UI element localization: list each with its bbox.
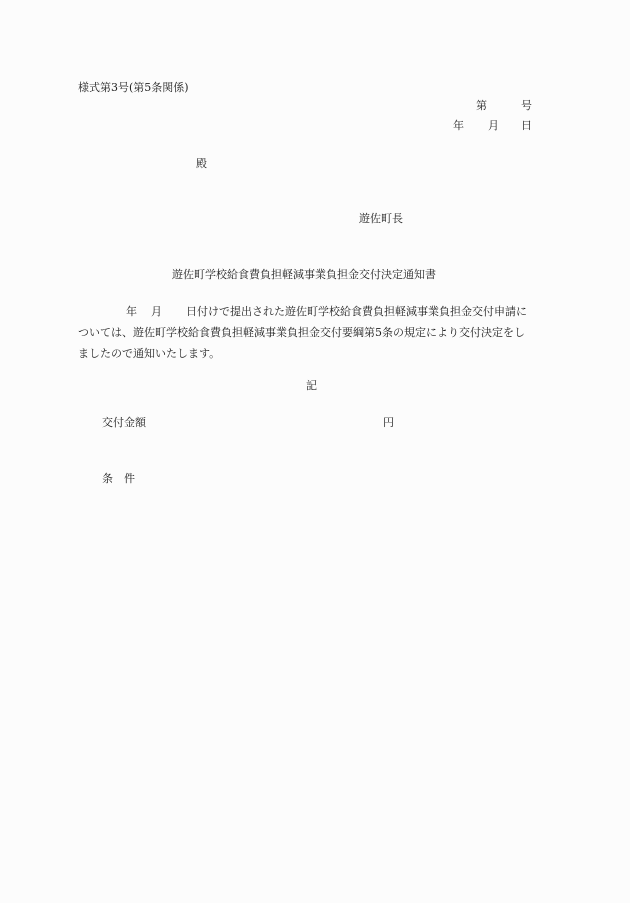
ki-heading: 記 xyxy=(306,379,317,393)
grant-amount-label: 交付金額 xyxy=(102,416,146,430)
body-paragraph: 年月日付けで提出された遊佐町学校給食費負担軽減事業負担金交付申請に ついては、遊… xyxy=(78,301,552,364)
body-line1-text: 日付けで提出された遊佐町学校給食費負担軽減事業負担金交付申請に xyxy=(186,305,527,318)
date-year: 年 xyxy=(453,119,464,133)
body-line-1: 年月日付けで提出された遊佐町学校給食費負担軽減事業負担金交付申請に xyxy=(78,301,552,322)
date-month: 月 xyxy=(488,119,499,133)
sender-name: 遊佐町長 xyxy=(359,212,403,226)
document-number-go: 号 xyxy=(521,99,532,113)
addressee-suffix: 殿 xyxy=(196,157,207,171)
conditions-label: 条 件 xyxy=(102,472,135,486)
body-line-3: ましたので通知いたします。 xyxy=(78,343,552,364)
date-day: 日 xyxy=(521,119,532,133)
body-month: 月 xyxy=(151,305,162,318)
body-year: 年 xyxy=(126,305,137,318)
body-line-2: ついては、遊佐町学校給食費負担軽減事業負担金交付要綱第5条の規定により交付決定を… xyxy=(78,322,552,343)
document-title: 遊佐町学校給食費負担軽減事業負担金交付決定通知書 xyxy=(172,268,436,282)
document-number-dai: 第 xyxy=(476,99,487,113)
grant-amount-unit: 円 xyxy=(383,416,394,430)
form-label: 様式第3号(第5条関係) xyxy=(78,81,189,95)
